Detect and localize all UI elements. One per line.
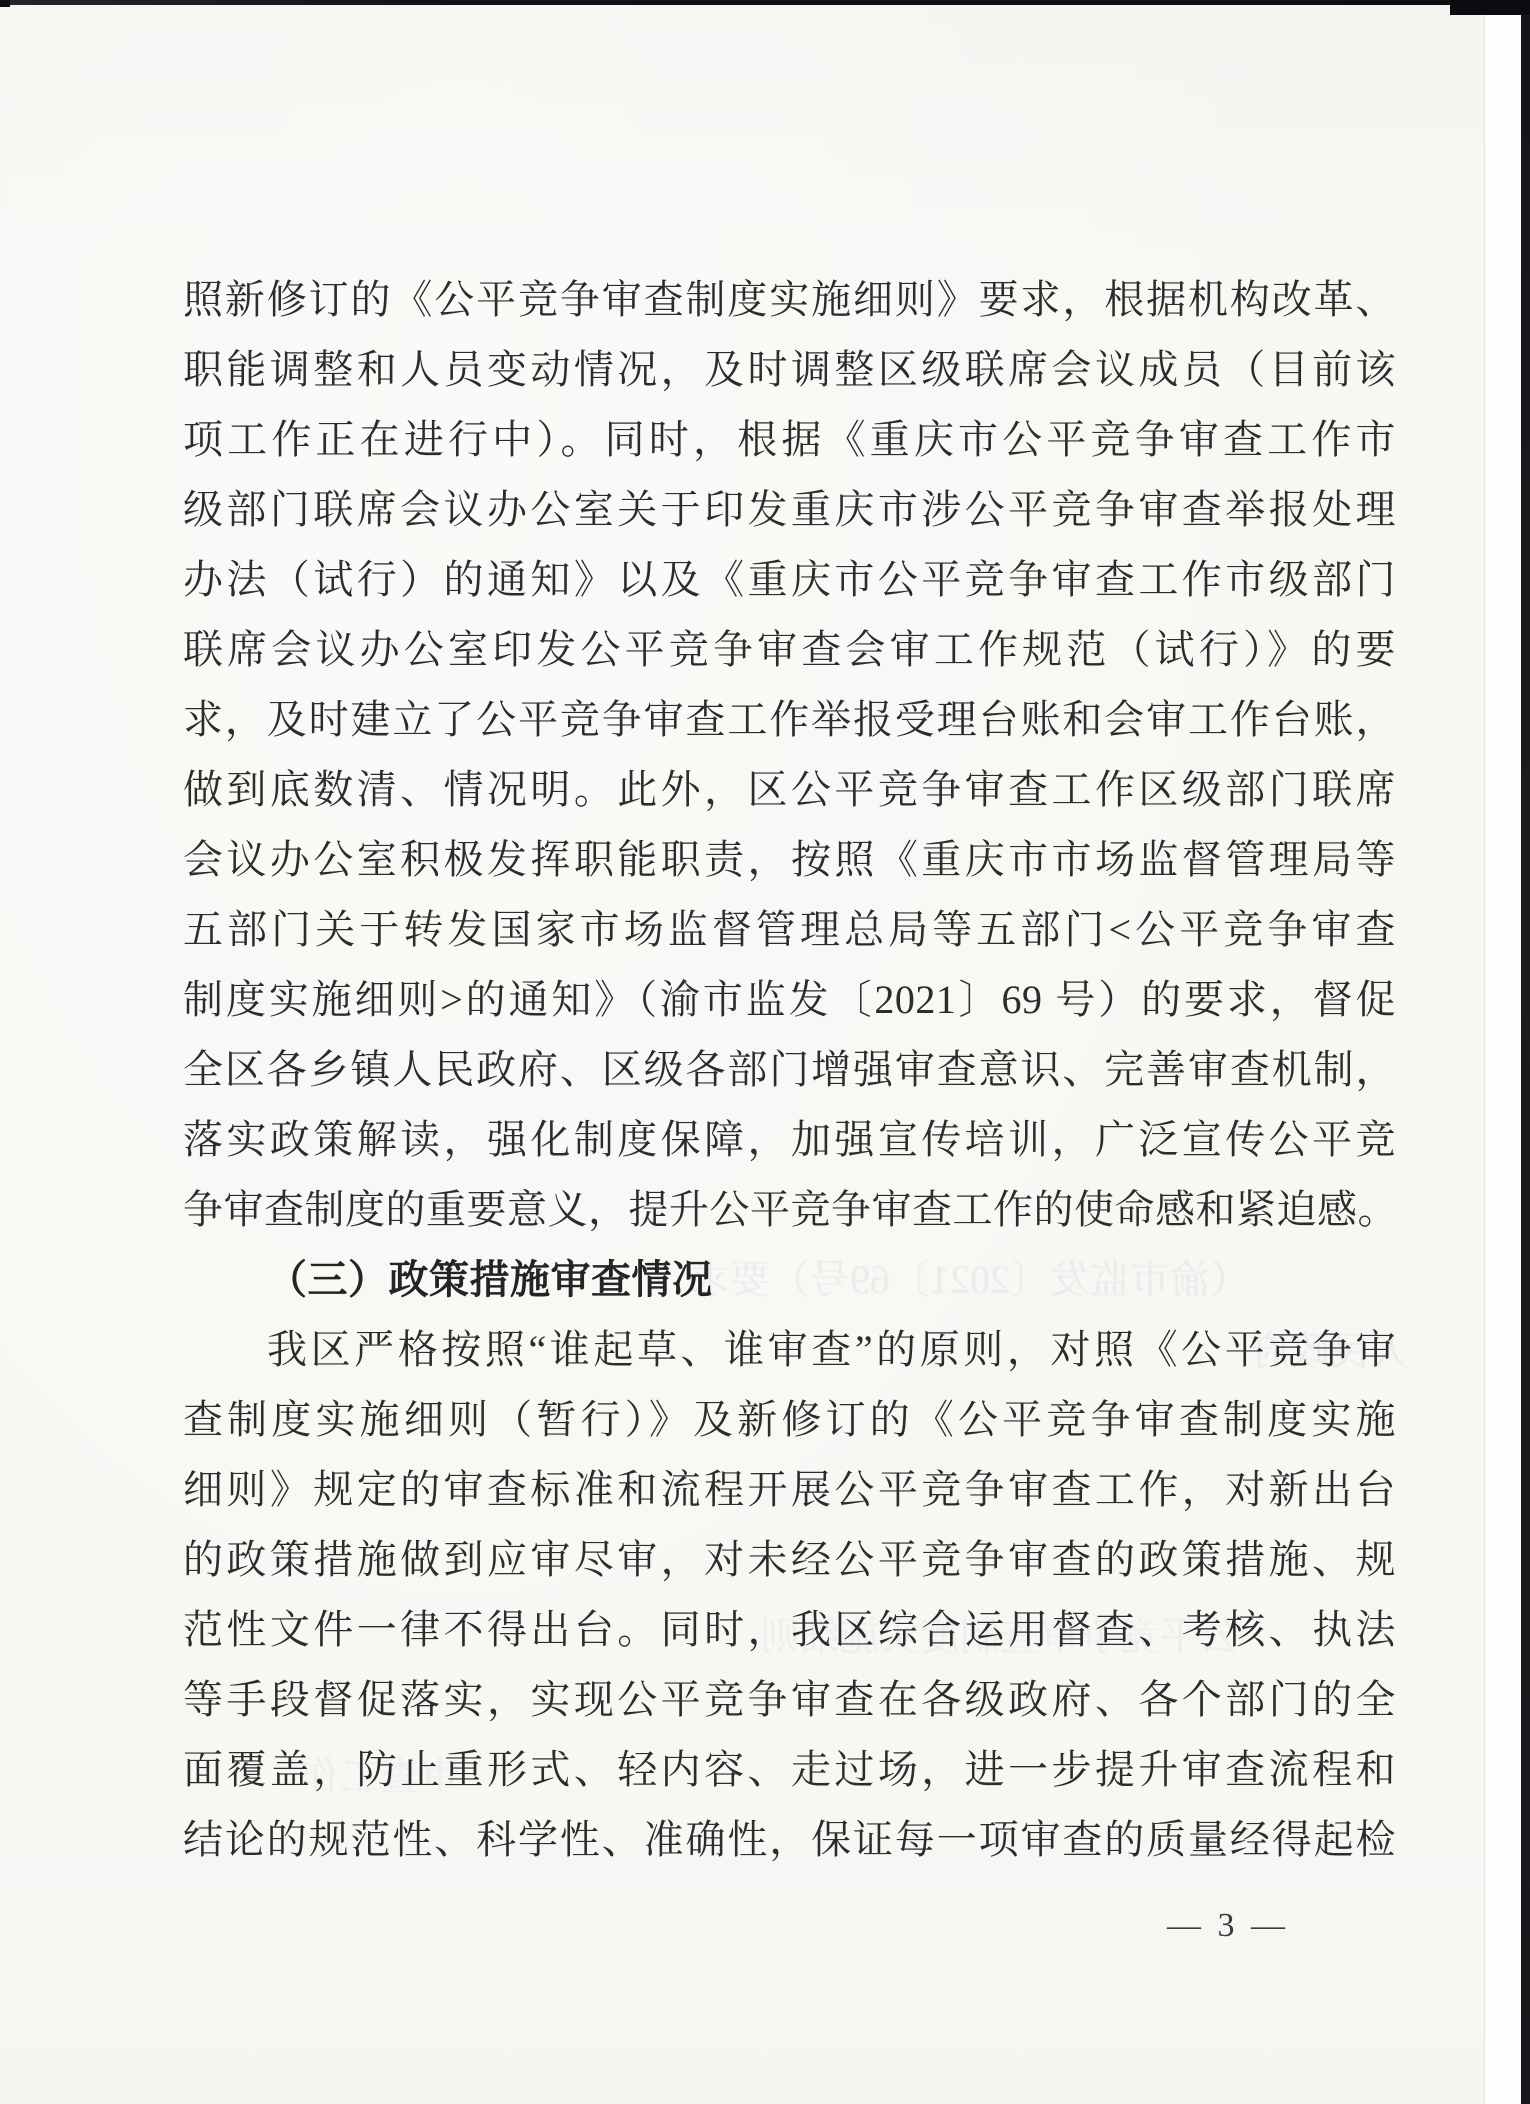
- text-line: 项工作正在进行中）。同时，根据《重庆市公平竞争审查工作市: [183, 405, 1396, 475]
- text-line: 求，及时建立了公平竞争审查工作举报受理台账和会审工作台账，: [183, 685, 1396, 755]
- body-text: 照新修订的《公平竞争审查制度实施细则》要求，根据机构改革、 职能调整和人员变动情…: [183, 265, 1396, 1875]
- text-line: 争审查制度的重要意义，提升公平竞争审查工作的使命感和紧迫感。: [183, 1175, 1396, 1245]
- text-line: 会议办公室积极发挥职能职责，按照《重庆市市场监督管理局等: [183, 825, 1396, 895]
- text-line: 细则》规定的审查标准和流程开展公平竞争审查工作，对新出台: [183, 1455, 1396, 1525]
- text-line: 联席会议办公室印发公平竞争审查会审工作规范（试行）》的要: [183, 615, 1396, 685]
- scanner-top-edge-artifact: [0, 0, 1530, 5]
- text-line: 面覆盖，防止重形式、轻内容、走过场，进一步提升审查流程和: [183, 1735, 1396, 1805]
- text-line: 查制度实施细则（暂行）》及新修订的《公平竞争审查制度实施: [183, 1385, 1396, 1455]
- scanner-right-edge-artifact: [1521, 0, 1530, 2104]
- section-heading: （三）政策措施审查情况: [183, 1245, 1396, 1315]
- text-line: 结论的规范性、科学性、准确性，保证每一项审查的质量经得起检: [183, 1805, 1396, 1875]
- text-line: 照新修订的《公平竞争审查制度实施细则》要求，根据机构改革、: [183, 265, 1396, 335]
- page-number: — 3 —: [1138, 1901, 1318, 1951]
- text-line: 落实政策解读，强化制度保障，加强宣传培训，广泛宣传公平竞: [183, 1105, 1396, 1175]
- text-line: 等手段督促落实，实现公平竞争审查在各级政府、各个部门的全: [183, 1665, 1396, 1735]
- text-line: 五部门关于转发国家市场监督管理总局等五部门<公平竞争审查: [183, 895, 1396, 965]
- text-line: 的政策措施做到应审尽审，对未经公平竞争审查的政策措施、规: [183, 1525, 1396, 1595]
- scanner-top-right-corner-artifact: [1450, 0, 1530, 15]
- text-line: 制度实施细则>的通知》（渝市监发〔2021〕69 号）的要求，督促: [183, 965, 1396, 1035]
- text-line: 职能调整和人员变动情况，及时调整区级联席会议成员（目前该: [183, 335, 1396, 405]
- text-line: 全区各乡镇人民政府、区级各部门增强审查意识、完善审查机制，: [183, 1035, 1396, 1105]
- scanner-top-left-corner-artifact: [0, 0, 10, 7]
- text-line: 办法（试行）的通知》以及《重庆市公平竞争审查工作市级部门: [183, 545, 1396, 615]
- text-line: 范性文件一律不得出台。同时，我区综合运用督查、考核、执法: [183, 1595, 1396, 1665]
- text-line: 我区严格按照“谁起草、谁审查”的原则，对照《公平竞争审: [183, 1315, 1396, 1385]
- scan-page-edge: [1484, 0, 1522, 2104]
- scanned-document-page: { "doc": { "p1": [ "照新修订的《公平竞争审查制度实施细则》要…: [0, 0, 1530, 2104]
- text-line: 做到底数清、情况明。此外，区公平竞争审查工作区级部门联席: [183, 755, 1396, 825]
- text-line: 级部门联席会议办公室关于印发重庆市涉公平竞争审查举报处理: [183, 475, 1396, 545]
